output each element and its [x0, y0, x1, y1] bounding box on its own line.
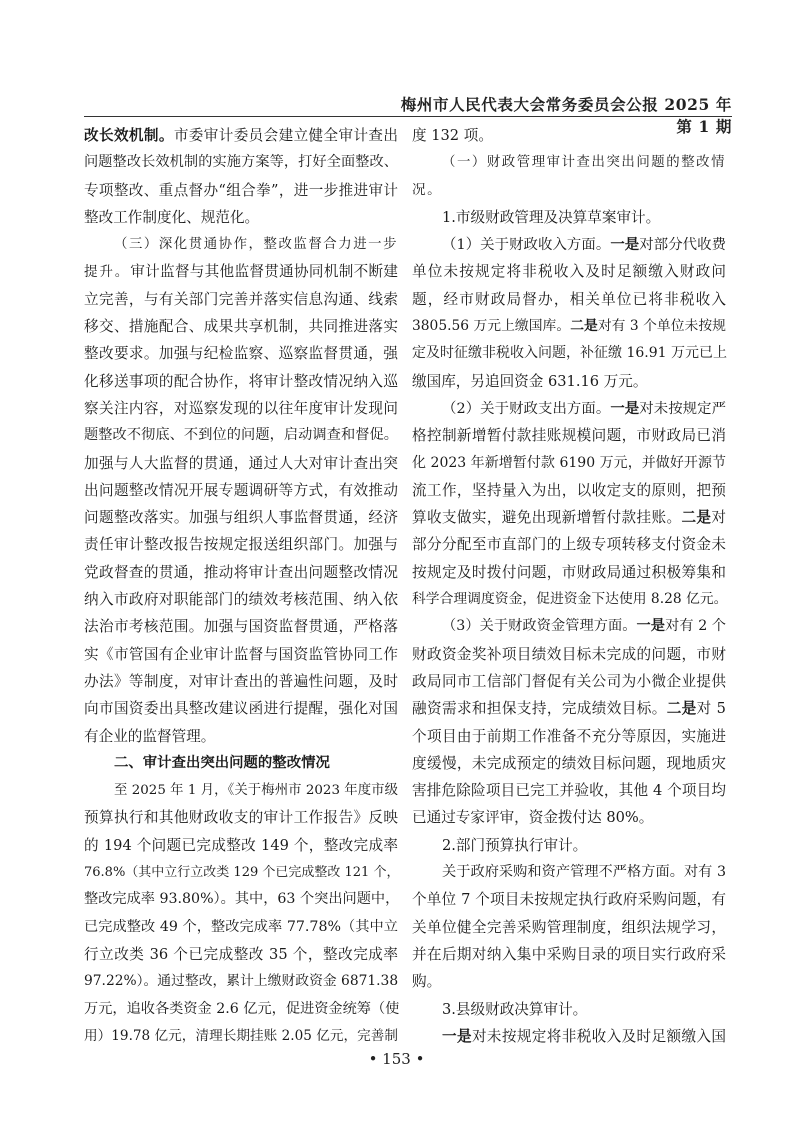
- line-text: 关单位健全完善采购管理制度，组织法规学习，: [412, 919, 726, 936]
- text-line: 移交、措施配合、成果共享机制，共同推进落实: [84, 313, 398, 340]
- text-line: 整改完成率 93.80%）。其中，63 个突出问题中，: [84, 886, 398, 913]
- text-line: 流工作，坚持量入为出，以收定支的原则，把预: [412, 477, 726, 504]
- text-line: 的 194 个问题已完成整改 149 个，整改完成率: [84, 832, 398, 859]
- line-text: 立完善，与有关部门完善并落实信息沟通、线索: [84, 291, 398, 308]
- header-divider: [84, 116, 732, 117]
- text-line: 3.县级财政决算审计。: [412, 996, 726, 1023]
- text-line: 部分分配至市直部门的上级专项转移支付资金未: [412, 531, 726, 558]
- line-text: 2.部门预算执行审计。: [442, 837, 587, 854]
- text-line: 问题整改落实。加强与组织人事监督贯通，经济: [84, 504, 398, 531]
- bold-marker: 一是: [637, 618, 666, 634]
- bold-marker: 二是: [667, 700, 697, 717]
- line-text: 对未按规定将非税收入及时足额缴入国: [472, 1028, 726, 1045]
- line-lead: 3805.56 万元上缴国库。: [412, 318, 570, 334]
- bold-marker: 二是: [570, 318, 598, 334]
- line-text: 已通过专家评审，资金拨付达 80%。: [412, 809, 653, 826]
- line-text: 行立改类 36 个已完成整改 35 个，整改完成率: [84, 946, 398, 963]
- text-line: 3805.56 万元上缴国库。二是对有 3 个单位未按规: [412, 313, 726, 340]
- line-lead: 算收支做实，避免出现新增暂付款挂账。: [412, 509, 681, 526]
- text-line: 一是对未按规定将非税收入及时足额缴入国: [412, 1023, 726, 1050]
- text-line: 已通过专家评审，资金拨付达 80%。: [412, 804, 726, 831]
- line-text: 关于政府采购和资产管理不严格方面。对有 3: [442, 864, 726, 880]
- text-line: 个单位 7 个项目未按规定执行政府采购问题，有: [412, 886, 726, 913]
- line-text: 整改工作制度化、规范化。: [84, 209, 259, 226]
- line-text: 部分分配至市直部门的上级专项转移支付资金未: [412, 536, 726, 553]
- line-text: 专项整改、重点督办“组合拳”，进一步推进审计: [84, 182, 398, 199]
- line-text: 害排危除险项目已完工并验收，其他 4 个项目均: [412, 782, 726, 799]
- line-text: 法治市考核范围。加强与国资监督贯通，严格落: [84, 618, 398, 635]
- bold-marker: 二是: [681, 509, 711, 526]
- text-line: 整改要求。加强与纪检监察、巡察监督贯通，强: [84, 340, 398, 367]
- line-text: 购。: [412, 973, 441, 990]
- line-text: 审计监督与其他监督贯通协同机制不断建: [130, 263, 398, 280]
- line-text: （一）财政管理审计查出突出问题的整改情: [442, 155, 726, 170]
- text-line: 纳入市政府对职能部门的绩效考核范围、纳入依: [84, 586, 398, 613]
- text-line: 向市国资委出具整改建议函进行提醒，强化对国: [84, 695, 398, 722]
- text-line: 害排危除险项目已完工并验收，其他 4 个项目均: [412, 777, 726, 804]
- bold-marker: 一是: [442, 1028, 472, 1045]
- line-text: 察关注内容，对巡察发现的以往年度审计发现问: [84, 400, 398, 417]
- line-text: 对部分代收费: [639, 237, 726, 253]
- subheading-tail: 提升。: [84, 264, 130, 280]
- text-line: 责任审计整改报告按规定报送组织部门。加强与: [84, 531, 398, 558]
- text-line: 格控制新增暂付款挂账规模问题，市财政局已消: [412, 422, 726, 449]
- text-line: 万元，追收各类资金 2.6 亿元，促进资金统筹（使: [84, 996, 398, 1023]
- text-line: 化 2023 年新增暂付款 6190 万元，并做好开源节: [412, 450, 726, 477]
- text-line: 法治市考核范围。加强与国资监督贯通，严格落: [84, 613, 398, 640]
- line-text: 流工作，坚持量入为出，以收定支的原则，把预: [412, 482, 726, 499]
- text-line: 算收支做实，避免出现新增暂付款挂账。二是对: [412, 504, 726, 531]
- text-line: 预算执行和其他财政收支的审计工作报告》反映: [84, 804, 398, 831]
- line-text: 题，经市财政局督办，相关单位已将非税收入: [412, 291, 726, 308]
- line-text: 加强与人大监督的贯通，通过人大对审计查出突: [84, 455, 398, 472]
- line-text: 并在后期对纳入集中采购目录的项目实行政府采: [412, 946, 726, 963]
- text-line: 并在后期对纳入集中采购目录的项目实行政府采: [412, 941, 726, 968]
- section-heading: 二、审计查出突出问题的整改情况: [84, 750, 398, 777]
- line-text: 缴国库，另追回资金 631.16 万元。: [412, 373, 647, 390]
- line-text: 纳入市政府对职能部门的绩效考核范围、纳入依: [84, 591, 398, 608]
- line-lead: （1）关于财政收入方面。: [442, 237, 610, 253]
- text-line: 2.部门预算执行审计。: [412, 832, 726, 859]
- line-text: 政局同市工信部门督促有关公司为小微企业提供: [412, 673, 726, 690]
- line-text: 办法》等制度，对审计查出的普遍性问题，及时: [84, 673, 398, 690]
- line-text: 向市国资委出具整改建议函进行提醒，强化对国: [84, 700, 398, 717]
- line-text: 对有 2 个: [665, 618, 726, 634]
- line-text: 整改要求。加强与纪检监察、巡察监督贯通，强: [84, 345, 398, 362]
- line-text: 科学合理调度资金，促进资金下达使用 8.28 亿元。: [412, 591, 727, 607]
- text-line: 1.市级财政管理及决算草案审计。: [412, 204, 726, 231]
- text-line: 立完善，与有关部门完善并落实信息沟通、线索: [84, 286, 398, 313]
- line-text: 移交、措施配合、成果共享机制，共同推进落实: [84, 318, 398, 335]
- line-text: 用）19.78 亿元，清理长期挂账 2.05 亿元，完善制: [84, 1028, 398, 1044]
- text-line: 有企业的监督管理。: [84, 723, 398, 750]
- line-text: 至 2025 年 1 月，《关于梅州市 2023 年度市级: [114, 783, 398, 798]
- text-line: 况。: [412, 177, 726, 204]
- line-text: 化 2023 年新增暂付款 6190 万元，并做好开源节: [412, 455, 726, 471]
- line-text: 个项目由于前期工作准备不充分等原因，实施进: [412, 728, 726, 745]
- line-text: 单位未按规定将非税收入及时足额缴入财政问: [412, 263, 726, 280]
- line-text: 已完成整改 49 个，整改完成率 77.78%（其中立: [84, 919, 398, 935]
- line-text: 万元，追收各类资金 2.6 亿元，促进资金统筹（使: [84, 1001, 399, 1017]
- text-line: 加强与人大监督的贯通，通过人大对审计查出突: [84, 450, 398, 477]
- line-text: 化移送事项的配合协作，将审计整改情况纳入巡: [84, 373, 398, 390]
- text-line: （3）关于财政资金管理方面。一是对有 2 个: [412, 613, 726, 640]
- line-text: 的 194 个问题已完成整改 149 个，整改完成率: [84, 837, 398, 854]
- text-line: （一）财政管理审计查出突出问题的整改情: [412, 149, 726, 176]
- text-line: （1）关于财政收入方面。一是对部分代收费: [412, 231, 726, 258]
- text-line: 度缓慢，未完成预定的绩效目标问题，现地质灾: [412, 750, 726, 777]
- text-line: 关单位健全完善采购管理制度，组织法规学习，: [412, 914, 726, 941]
- line-text: 76.8%（其中立行立改类 129 个已完成整改 121 个，: [84, 865, 399, 880]
- line-text: 度缓慢，未完成预定的绩效目标问题，现地质灾: [412, 755, 726, 772]
- text-line: （三）深化贯通协作，整改监督合力进一步: [84, 231, 398, 258]
- text-line: 题整改不彻底、不到位的问题，启动调查和督促。: [84, 422, 398, 449]
- line-text: 整改完成率 93.80%）。其中，63 个突出问题中，: [84, 891, 399, 907]
- line-text: 对: [711, 509, 726, 526]
- text-line: 关于政府采购和资产管理不严格方面。对有 3: [412, 859, 726, 886]
- text-line: 至 2025 年 1 月，《关于梅州市 2023 年度市级: [84, 777, 398, 804]
- text-line: 定及时征缴非税收入问题，补征缴 16.91 万元已上: [412, 340, 726, 367]
- right-column: 度 132 项。（一）财政管理审计查出突出问题的整改情况。1.市级财政管理及决算…: [412, 122, 726, 1050]
- line-text: 3.县级财政决算审计。: [442, 1001, 587, 1018]
- page-number: • 153 •: [0, 1050, 793, 1068]
- line-text: 问题整改落实。加强与组织人事监督贯通，经济: [84, 509, 398, 526]
- line-text: 按规定及时拨付问题，市财政局通过积极筹集和: [412, 564, 726, 581]
- line-text: 市委审计委员会建立健全审计查出: [174, 127, 398, 144]
- text-line: 个项目由于前期工作准备不充分等原因，实施进: [412, 723, 726, 750]
- line-text: 实《市管国有企业审计监督与国资监管协同工作: [84, 646, 398, 663]
- text-line: 科学合理调度资金，促进资金下达使用 8.28 亿元。: [412, 586, 726, 613]
- line-text: 财政资金奖补项目绩效目标未完成的问题，市财: [412, 646, 726, 663]
- text-line: 97.22%）。通过整改，累计上缴财政资金 6871.38: [84, 968, 398, 995]
- text-line: 融资需求和担保支持，完成绩效目标。二是对 5: [412, 695, 726, 722]
- line-text: 格控制新增暂付款挂账规模问题，市财政局已消: [412, 427, 726, 444]
- text-line: 化移送事项的配合协作，将审计整改情况纳入巡: [84, 368, 398, 395]
- text-line: 购。: [412, 968, 726, 995]
- line-lead: （3）关于财政资金管理方面。: [442, 618, 637, 634]
- text-line: 察关注内容，对巡察发现的以往年度审计发现问: [84, 395, 398, 422]
- text-line: 出问题整改情况开展专题调研等方式，有效推动: [84, 477, 398, 504]
- text-line: 整改工作制度化、规范化。: [84, 204, 398, 231]
- text-line: 办法》等制度，对审计查出的普遍性问题，及时: [84, 668, 398, 695]
- line-text: 度 132 项。: [412, 127, 493, 144]
- text-line: 缴国库，另追回资金 631.16 万元。: [412, 368, 726, 395]
- text-line: 单位未按规定将非税收入及时足额缴入财政问: [412, 258, 726, 285]
- text-line: 问题整改长效机制的实施方案等，打好全面整改、: [84, 149, 398, 176]
- line-text: 97.22%）。通过整改，累计上缴财政资金 6871.38: [84, 973, 398, 989]
- text-line: 实《市管国有企业审计监督与国资监管协同工作: [84, 641, 398, 668]
- text-line: 按规定及时拨付问题，市财政局通过积极筹集和: [412, 559, 726, 586]
- line-text: 责任审计整改报告按规定报送组织部门。加强与: [84, 536, 398, 553]
- line-text: 题整改不彻底、不到位的问题，启动调查和督促。: [84, 427, 398, 443]
- line-text: 对未按规定严: [639, 401, 726, 417]
- line-text: 二、审计查出突出问题的整改情况: [114, 755, 330, 771]
- text-line: 财政资金奖补项目绩效目标未完成的问题，市财: [412, 641, 726, 668]
- bold-lead: 改长效机制。: [84, 127, 174, 144]
- line-text: 有企业的监督管理。: [84, 728, 215, 745]
- line-text: 况。: [412, 182, 442, 198]
- line-text: （三）深化贯通协作，整改监督合力进一步: [114, 237, 398, 252]
- bold-marker: 一是: [610, 236, 639, 253]
- bold-marker: 一是: [610, 400, 639, 417]
- line-text: 对有 3 个单位未按规: [598, 318, 726, 334]
- text-line: 用）19.78 亿元，清理长期挂账 2.05 亿元，完善制: [84, 1023, 398, 1050]
- line-text: 出问题整改情况开展专题调研等方式，有效推动: [84, 482, 398, 499]
- line-text: 1.市级财政管理及决算草案审计。: [442, 209, 660, 226]
- text-line: 政局同市工信部门督促有关公司为小微企业提供: [412, 668, 726, 695]
- text-line: 76.8%（其中立行立改类 129 个已完成整改 121 个，: [84, 859, 398, 886]
- line-text: 对 5: [697, 700, 726, 717]
- line-text: 定及时征缴非税收入问题，补征缴 16.91 万元已上: [412, 345, 727, 361]
- text-line: 度 132 项。: [412, 122, 726, 149]
- text-line: 改长效机制。市委审计委员会建立健全审计查出: [84, 122, 398, 149]
- text-line: 专项整改、重点督办“组合拳”，进一步推进审计: [84, 177, 398, 204]
- line-text: 问题整改长效机制的实施方案等，打好全面整改、: [84, 154, 398, 170]
- text-line: （2）关于财政支出方面。一是对未按规定严: [412, 395, 726, 422]
- line-lead: 融资需求和担保支持，完成绩效目标。: [412, 700, 667, 717]
- line-text: 党政督查的贯通，推动将审计查出问题整改情况: [84, 564, 398, 581]
- text-line: 行立改类 36 个已完成整改 35 个，整改完成率: [84, 941, 398, 968]
- line-text: 预算执行和其他财政收支的审计工作报告》反映: [84, 809, 398, 826]
- text-line: 提升。审计监督与其他监督贯通协同机制不断建: [84, 258, 398, 285]
- left-column: 改长效机制。市委审计委员会建立健全审计查出问题整改长效机制的实施方案等，打好全面…: [84, 122, 398, 1050]
- text-line: 题，经市财政局督办，相关单位已将非税收入: [412, 286, 726, 313]
- line-text: 个单位 7 个项目未按规定执行政府采购问题，有: [412, 891, 726, 908]
- text-line: 党政督查的贯通，推动将审计查出问题整改情况: [84, 559, 398, 586]
- line-lead: （2）关于财政支出方面。: [442, 401, 610, 417]
- text-line: 已完成整改 49 个，整改完成率 77.78%（其中立: [84, 914, 398, 941]
